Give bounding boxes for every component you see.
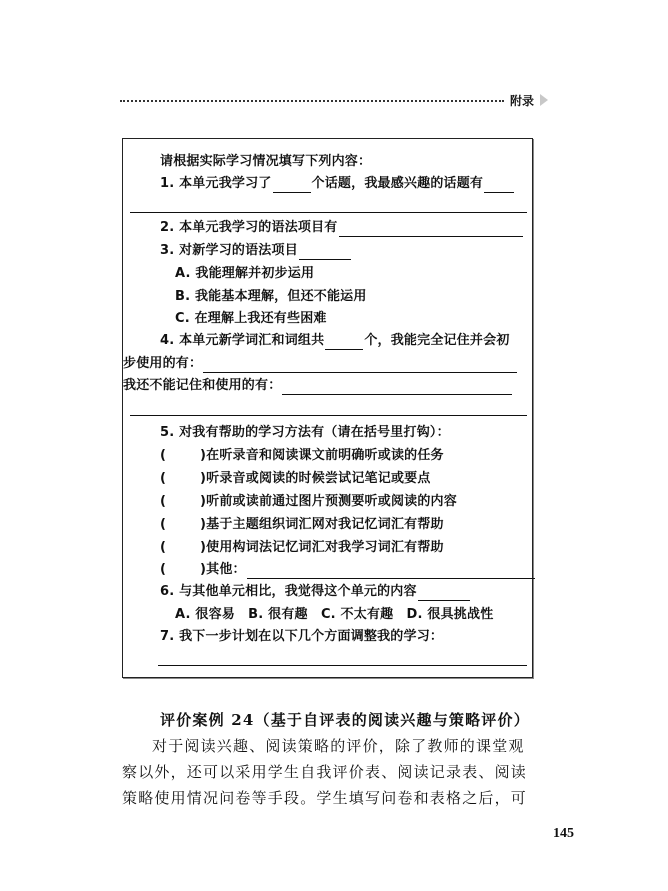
checkbox-open[interactable]: ( (160, 517, 166, 532)
q2-text: 2. 本单元我学习的语法项目有 (160, 220, 338, 235)
q2-grammar-blank[interactable] (339, 222, 523, 237)
q6-answer-blank[interactable] (418, 586, 470, 601)
right-triangle-icon (540, 94, 548, 106)
q5-option-1[interactable]: ()在听录音和阅读课文前明确听或读的任务 (160, 447, 444, 465)
q3-option-c[interactable]: C. 在理解上我还有些困难 (175, 310, 327, 328)
q4-text-2: 个，我能完全记住并会初 (364, 333, 509, 348)
q4-line-2: 步使用的有： (123, 355, 518, 373)
checkbox-open[interactable]: ( (160, 494, 166, 509)
paragraph-line-2: 察以外，还可以采用学生自我评价表、阅读记录表、阅读 (122, 760, 527, 784)
question-1: 1. 本单元我学习了个话题，我最感兴趣的话题有 (160, 175, 515, 193)
q4-text-1: 4. 本单元新学词汇和词组共 (160, 333, 324, 348)
q3-text: 3. 对新学习的语法项目 (160, 243, 298, 258)
q4-answer-line[interactable] (130, 415, 527, 416)
q5-option-6[interactable]: ()其他： (160, 561, 536, 579)
q5-option-1-text: 在听录音和阅读课文前明确听或读的任务 (206, 448, 444, 463)
checkbox-open[interactable]: ( (160, 562, 166, 577)
q5-option-5[interactable]: ()使用构词法记忆词汇对我学习词汇有帮助 (160, 539, 444, 557)
q4-text-3: 步使用的有： (123, 356, 202, 371)
page-number: 145 (553, 826, 574, 842)
q6-text: 6. 与其他单元相比，我觉得这个单元的内容 (160, 584, 417, 599)
checkbox-open[interactable]: ( (160, 448, 166, 463)
q5-other-blank[interactable] (247, 564, 535, 579)
question-5: 5. 对我有帮助的学习方法有（请在括号里打钩）： (160, 424, 450, 442)
q1-topic-count-blank[interactable] (273, 178, 311, 193)
q4-text-4: 我还不能记住和使用的有： (123, 378, 281, 393)
q5-option-4-text: 基于主题组织词汇网对我记忆词汇有帮助 (206, 517, 444, 532)
section-label: 附录 (510, 92, 534, 109)
question-7: 7. 我下一步计划在以下几个方面调整我的学习： (160, 628, 443, 646)
q5-option-5-text: 使用构词法记忆词汇对我学习词汇有帮助 (206, 540, 444, 555)
q3-option-a[interactable]: A. 我能理解并初步运用 (175, 265, 314, 283)
q4-vocab-count-blank[interactable] (325, 335, 363, 350)
paragraph-line-1: 对于阅读兴趣、阅读策略的评价，除了教师的课堂观 (152, 734, 525, 758)
q7-answer-line[interactable] (158, 665, 527, 666)
q5-option-6-text: 其他： (206, 562, 246, 577)
q1-favorite-topic-blank[interactable] (484, 178, 514, 193)
checkbox-open[interactable]: ( (160, 540, 166, 555)
q4-not-mastered-blank[interactable] (282, 380, 512, 395)
q4-line-3: 我还不能记住和使用的有： (123, 377, 513, 395)
question-4: 4. 本单元新学词汇和词组共个，我能完全记住并会初 (160, 332, 510, 350)
q4-mastered-blank[interactable] (203, 358, 517, 373)
q1-text-2: 个话题，我最感兴趣的话题有 (312, 176, 484, 191)
paragraph-line-3: 策略使用情况问卷等手段。学生填写问卷和表格之后，可 (122, 786, 527, 810)
checkbox-open[interactable]: ( (160, 471, 166, 486)
form-intro: 请根据实际学习情况填写下列内容： (160, 153, 371, 171)
q5-option-3[interactable]: ()听前或读前通过图片预测要听或阅读的内容 (160, 493, 457, 511)
question-6: 6. 与其他单元相比，我觉得这个单元的内容 (160, 583, 471, 601)
q3-answer-blank[interactable] (299, 245, 351, 260)
running-header: 附录 (120, 92, 560, 108)
question-3: 3. 对新学习的语法项目 (160, 242, 352, 260)
dotted-rule (120, 100, 504, 102)
q1-answer-line[interactable] (130, 212, 527, 213)
q5-option-2-text: 听录音或阅读的时候尝试记笔记或要点 (206, 471, 430, 486)
q1-text-1: 1. 本单元我学习了 (160, 176, 272, 191)
q6-options[interactable]: A. 很容易 B. 很有趣 C. 不太有趣 D. 很具挑战性 (175, 606, 493, 624)
q5-option-3-text: 听前或读前通过图片预测要听或阅读的内容 (206, 494, 457, 509)
q3-option-b[interactable]: B. 我能基本理解，但还不能运用 (175, 288, 367, 306)
case-title: 评价案例 24（基于自评表的阅读兴趣与策略评价） (160, 708, 530, 732)
q5-option-2[interactable]: ()听录音或阅读的时候尝试记笔记或要点 (160, 470, 431, 488)
q5-option-4[interactable]: ()基于主题组织词汇网对我记忆词汇有帮助 (160, 516, 444, 534)
question-2: 2. 本单元我学习的语法项目有 (160, 219, 524, 237)
